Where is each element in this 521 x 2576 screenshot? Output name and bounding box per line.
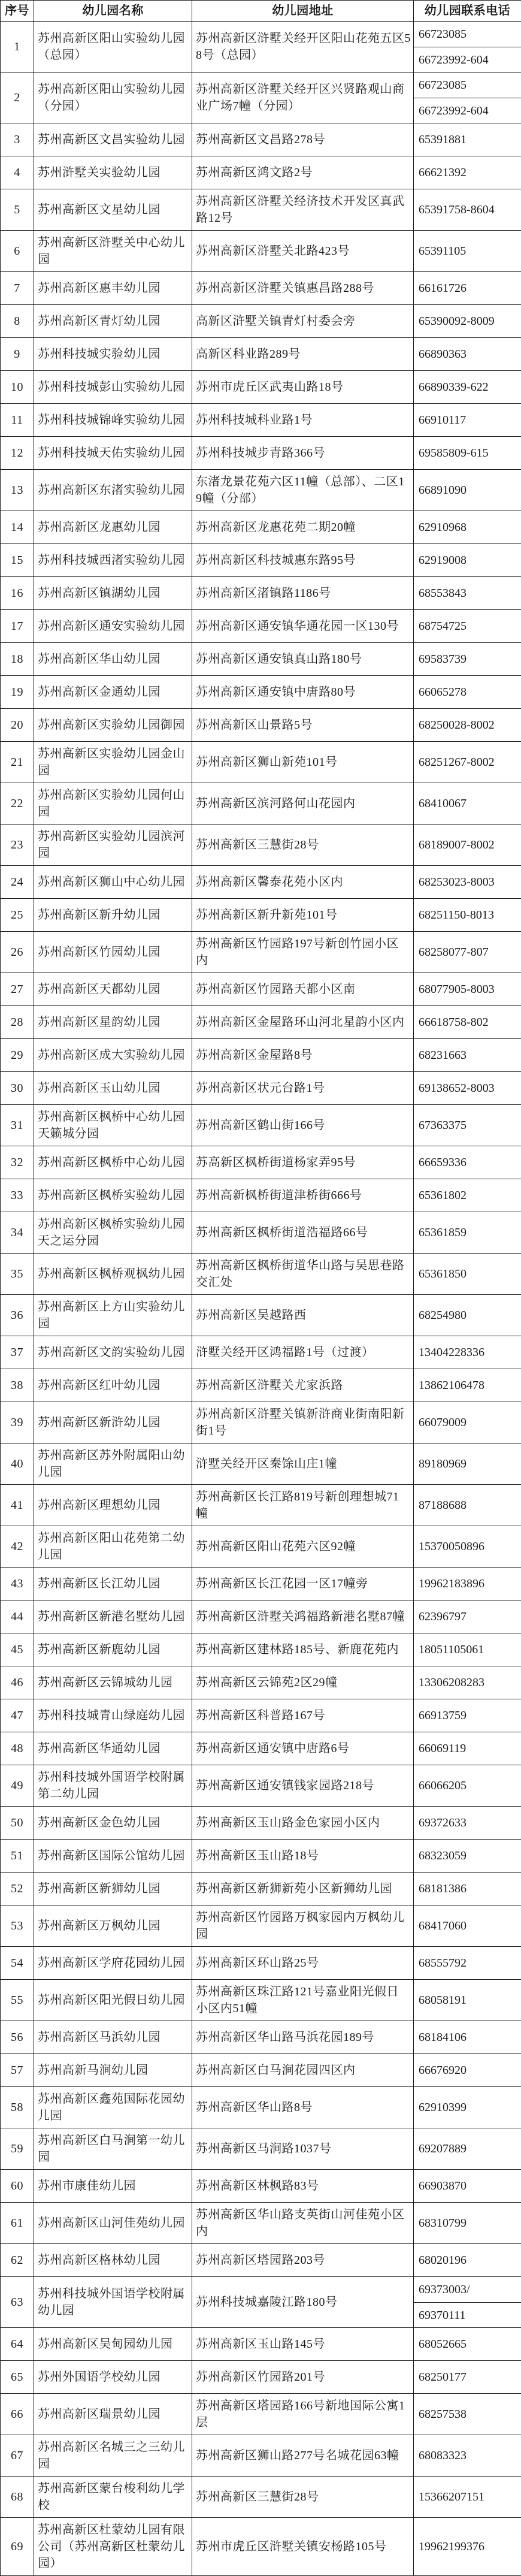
phone-number: 66890339-622 — [414, 375, 521, 400]
phone-stack: 89180969 — [414, 1451, 521, 1476]
phone-stack: 65391881 — [414, 127, 521, 152]
table-row: 53 苏州高新区万枫幼儿园 苏州高新区竹园路万枫家园内万枫幼儿园 6841706… — [1, 1905, 521, 1947]
kindergarten-phone-cell: 65391758-8604 — [414, 189, 521, 231]
kindergarten-address-cell: 苏州高新区云锦苑2区29幢 — [192, 1666, 414, 1699]
kindergarten-name-cell: 苏州高新区上方山实验幼儿园 — [34, 1295, 192, 1336]
row-index-cell: 24 — [1, 866, 34, 899]
kindergarten-phone-cell: 69585809-615 — [414, 437, 521, 470]
kindergarten-address-cell: 苏州高新区塔园路166号新地国际公寓1层 — [192, 2394, 414, 2435]
kindergarten-phone-cell: 68410067 — [414, 783, 521, 825]
kindergarten-name-cell: 苏州高新区成大实验幼儿园 — [34, 1039, 192, 1072]
phone-stack: 18051105061 — [414, 1637, 521, 1662]
table-row: 50 苏州高新区金色幼儿园 苏州高新区玉山路金色家园小区内 69372633 — [1, 1807, 521, 1840]
phone-number: 68323059 — [414, 1843, 521, 1868]
kindergarten-address-cell: 高新区科业路289号 — [192, 338, 414, 371]
phone-stack: 65361802 — [414, 1183, 521, 1208]
row-index-cell: 4 — [1, 156, 34, 189]
kindergarten-phone-cell: 6672308566723992-604 — [414, 73, 521, 123]
kindergarten-address-cell: 苏州高新区浒墅关镇新浒商业街南阳新街1号 — [192, 1402, 414, 1443]
phone-number: 68189007-8002 — [414, 832, 521, 857]
kindergarten-phone-cell: 68058191 — [414, 1980, 521, 2021]
kindergarten-phone-cell: 68052665 — [414, 2328, 521, 2361]
table-row: 63 苏州科技城外国语学校附属幼儿园 苏州科技城嘉陵江路180号 6937300… — [1, 2277, 521, 2328]
kindergarten-name-cell: 苏州高新区瑞景幼儿园 — [34, 2394, 192, 2435]
kindergarten-name-cell: 苏州高新区新狮幼儿园 — [34, 1873, 192, 1905]
row-index-cell: 46 — [1, 1666, 34, 1699]
table-row: 69 苏州高新区杜蒙幼儿园有限公司（苏州高新区杜蒙幼儿园） 苏州市虎丘区浒墅关镇… — [1, 2518, 521, 2576]
table-row: 12 苏州科技城天佑实验幼儿园 苏州科技城步青路366号 69585809-61… — [1, 437, 521, 470]
phone-stack: 68058191 — [414, 1988, 521, 2013]
row-index-cell: 2 — [1, 73, 34, 123]
row-index-cell: 3 — [1, 123, 34, 156]
phone-number: 66065278 — [414, 680, 521, 705]
kindergarten-address-cell: 浒墅关经开区秦馀山庄1幢 — [192, 1443, 414, 1485]
kindergarten-address-cell: 苏州高新区三慧街28号 — [192, 2477, 414, 2518]
kindergarten-name-cell: 苏州高新马涧幼儿园 — [34, 2054, 192, 2087]
phone-number: 68250028-8002 — [414, 712, 521, 738]
phone-stack: 13306208283 — [414, 1670, 521, 1695]
kindergarten-address-cell: 苏州高新区浒墅关经开区阳山花苑五区58号（总园） — [192, 22, 414, 73]
kindergarten-phone-cell: 68251267-8002 — [414, 742, 521, 783]
kindergarten-name-cell: 苏州高新区龙惠幼儿园 — [34, 511, 192, 544]
phone-stack: 68077905-8003 — [414, 977, 521, 1002]
table-row: 3 苏州高新区文昌实验幼儿园 苏州高新区文昌路278号 65391881 — [1, 123, 521, 156]
row-index-cell: 53 — [1, 1905, 34, 1947]
phone-stack: 68410067 — [414, 791, 521, 816]
row-index-cell: 1 — [1, 22, 34, 73]
kindergarten-address-cell: 苏州高新区山景路5号 — [192, 709, 414, 742]
phone-number: 69585809-615 — [414, 440, 521, 466]
phone-number: 68077905-8003 — [414, 977, 521, 1002]
kindergarten-address-cell: 苏州高新区浒墅关镇惠昌路288号 — [192, 272, 414, 305]
phone-number: 13306208283 — [414, 1670, 521, 1695]
kindergarten-phone-cell: 66621392 — [414, 156, 521, 189]
kindergarten-name-cell: 苏州高新区枫桥中心幼儿园天籁城分园 — [34, 1105, 192, 1146]
kindergarten-phone-cell: 69372633 — [414, 1807, 521, 1840]
kindergarten-phone-cell: 15370050896 — [414, 1526, 521, 1568]
phone-number: 68052665 — [414, 2332, 521, 2357]
table-row: 58 苏州高新区鑫苑国际花园幼儿园 苏州高新区华山路8号 62910399 — [1, 2087, 521, 2128]
row-index-cell: 5 — [1, 189, 34, 231]
table-row: 56 苏州高新区马浜幼儿园 苏州高新区华山路马浜花园189号 68184106 — [1, 2021, 521, 2054]
kindergarten-phone-cell: 65390092-8009 — [414, 305, 521, 338]
table-row: 6 苏州高新区浒墅关中心幼儿园 苏州高新区浒墅关北路423号 65391105 — [1, 231, 521, 272]
table-row: 38 苏州高新区红叶幼儿园 苏州高新区浒墅关尤家浜路 13862106478 — [1, 1369, 521, 1402]
row-index-cell: 54 — [1, 1947, 34, 1980]
kindergarten-name-cell: 苏州高新区金通幼儿园 — [34, 676, 192, 709]
kindergarten-name-cell: 苏州高新区杜蒙幼儿园有限公司（苏州高新区杜蒙幼儿园） — [34, 2518, 192, 2576]
kindergarten-name-cell: 苏州高新区浒墅关中心幼儿园 — [34, 231, 192, 272]
kindergarten-phone-cell: 66066205 — [414, 1765, 521, 1807]
phone-number: 19962199376 — [414, 2534, 521, 2559]
kindergarten-name-cell: 苏州高新区白马涧第一幼儿园 — [34, 2128, 192, 2170]
kindergarten-name-cell: 苏州高新区实验幼儿园滨河园 — [34, 825, 192, 866]
phone-stack: 68553843 — [414, 581, 521, 606]
phone-stack: 68184106 — [414, 2025, 521, 2050]
row-index-cell: 17 — [1, 610, 34, 643]
table-row: 9 苏州科技城实验幼儿园 高新区科业路289号 66890363 — [1, 338, 521, 371]
phone-stack: 66659336 — [414, 1150, 521, 1175]
table-row: 10 苏州科技城彭山实验幼儿园 苏州市虎丘区武夷山路18号 66890339-6… — [1, 371, 521, 404]
kindergarten-name-cell: 苏州高新区星韵幼儿园 — [34, 1006, 192, 1039]
phone-number: 18051105061 — [414, 1637, 521, 1662]
table-row: 26 苏州高新区竹园幼儿园 苏州高新区竹园路197号新创竹园小区内 682580… — [1, 932, 521, 973]
phone-stack: 69138652-8003 — [414, 1076, 521, 1101]
phone-stack: 19962199376 — [414, 2534, 521, 2559]
phone-stack: 6672308566723992-604 — [414, 22, 521, 72]
row-index-cell: 27 — [1, 973, 34, 1006]
table-row: 15 苏州科技城西渚实验幼儿园 苏州高新区科技城惠东路95号 62919008 — [1, 544, 521, 577]
table-row: 22 苏州高新区实验幼儿园何山园 苏州高新区滨河路何山花园内 68410067 — [1, 783, 521, 825]
row-index-cell: 56 — [1, 2021, 34, 2054]
kindergarten-name-cell: 苏州高新区枫桥实验幼儿园 — [34, 1179, 192, 1212]
kindergarten-address-cell: 苏州高新区环山路25号 — [192, 1947, 414, 1980]
kindergarten-phone-cell: 68077905-8003 — [414, 973, 521, 1006]
kindergarten-phone-cell: 68553843 — [414, 577, 521, 610]
phone-stack: 68310799 — [414, 2210, 521, 2236]
phone-stack: 68250028-8002 — [414, 712, 521, 738]
phone-stack: 66903870 — [414, 2173, 521, 2198]
kindergarten-address-cell: 苏州市虎丘区武夷山路18号 — [192, 371, 414, 404]
phone-number: 68251150-8013 — [414, 902, 521, 928]
row-index-cell: 55 — [1, 1980, 34, 2021]
phone-stack: 69373003/69370111 — [414, 2277, 521, 2327]
phone-stack: 66890339-622 — [414, 375, 521, 400]
phone-number: 66913759 — [414, 1703, 521, 1728]
kindergarten-phone-cell: 68189007-8002 — [414, 825, 521, 866]
phone-stack: 87188688 — [414, 1493, 521, 1518]
kindergarten-name-cell: 苏州高新区金色幼儿园 — [34, 1807, 192, 1840]
kindergarten-address-cell: 苏州高新区塔园路203号 — [192, 2244, 414, 2277]
kindergarten-address-cell: 苏州高新区枫桥街道浩福路66号 — [192, 1212, 414, 1254]
phone-stack: 66079009 — [414, 1410, 521, 1435]
row-index-cell: 59 — [1, 2128, 34, 2170]
kindergarten-table: 序号 幼儿园名称 幼儿园地址 幼儿园联系电话 1 苏州高新区阳山实验幼儿园（总园… — [0, 0, 521, 2576]
kindergarten-phone-cell: 68253023-8003 — [414, 866, 521, 899]
kindergarten-phone-cell: 13306208283 — [414, 1666, 521, 1699]
kindergarten-address-cell: 苏州高新区竹园路天都小区南 — [192, 973, 414, 1006]
row-index-cell: 21 — [1, 742, 34, 783]
phone-number: 68258077-807 — [414, 940, 521, 965]
table-row: 59 苏州高新区白马涧第一幼儿园 苏州高新区马涧路1037号 69207889 — [1, 2128, 521, 2170]
row-index-cell: 39 — [1, 1402, 34, 1443]
table-row: 46 苏州高新区云锦城幼儿园 苏州高新区云锦苑2区29幢 13306208283 — [1, 1666, 521, 1699]
kindergarten-address-cell: 苏州高新区竹园路197号新创竹园小区内 — [192, 932, 414, 973]
phone-number: 66676920 — [414, 2058, 521, 2083]
row-index-cell: 32 — [1, 1146, 34, 1179]
table-row: 17 苏州高新区通安实验幼儿园 苏州高新区通安镇华通花园一区130号 68754… — [1, 610, 521, 643]
table-row: 28 苏州高新区星韵幼儿园 苏州高新区金屋路环山河北星韵小区内 66618758… — [1, 1006, 521, 1039]
table-row: 57 苏州高新马涧幼儿园 苏州高新区白马涧花园四区内 66676920 — [1, 2054, 521, 2087]
kindergarten-phone-cell: 19962183896 — [414, 1568, 521, 1600]
row-index-cell: 11 — [1, 404, 34, 437]
table-row: 43 苏州高新区长江幼儿园 苏州高新区长江花园一区17幢旁 1996218389… — [1, 1568, 521, 1600]
kindergarten-address-cell: 苏州高新区鸿文路2号 — [192, 156, 414, 189]
table-row: 51 苏州高新区国际公馆幼儿园 苏州高新区玉山路18号 68323059 — [1, 1840, 521, 1873]
kindergarten-name-cell: 苏州高新区玉山幼儿园 — [34, 1072, 192, 1105]
kindergarten-phone-cell: 6672308566723992-604 — [414, 22, 521, 73]
table-row: 14 苏州高新区龙惠幼儿园 苏州高新区龙惠花苑二期20幢 62910968 — [1, 511, 521, 544]
phone-number: 68553843 — [414, 581, 521, 606]
phone-stack: 68258077-807 — [414, 940, 521, 965]
kindergarten-address-cell: 苏州高新区浒墅关北路423号 — [192, 231, 414, 272]
kindergarten-name-cell: 苏州高新区阳山实验幼儿园（分园） — [34, 73, 192, 123]
kindergarten-name-cell: 苏州高新区理想幼儿园 — [34, 1485, 192, 1526]
phone-stack: 68251267-8002 — [414, 750, 521, 775]
row-index-cell: 35 — [1, 1254, 34, 1295]
phone-number: 68020196 — [414, 2248, 521, 2273]
kindergarten-phone-cell: 68254980 — [414, 1295, 521, 1336]
kindergarten-phone-cell: 66913759 — [414, 1699, 521, 1732]
kindergarten-address-cell: 苏州科技城步青路366号 — [192, 437, 414, 470]
kindergarten-name-cell: 苏州高新区阳山实验幼儿园（总园） — [34, 22, 192, 73]
table-row: 19 苏州高新区金通幼儿园 苏州高新区通安镇中唐路80号 66065278 — [1, 676, 521, 709]
col-header-name: 幼儿园名称 — [34, 1, 192, 22]
phone-number: 66066205 — [414, 1773, 521, 1798]
phone-stack: 68052665 — [414, 2332, 521, 2357]
row-index-cell: 45 — [1, 1633, 34, 1666]
kindergarten-name-cell: 苏州高新区红叶幼儿园 — [34, 1369, 192, 1402]
kindergarten-address-cell: 苏州高新区华山路8号 — [192, 2087, 414, 2128]
kindergarten-phone-cell: 66676920 — [414, 2054, 521, 2087]
table-row: 27 苏州高新区天都幼儿园 苏州高新区竹园路天都小区南 68077905-800… — [1, 973, 521, 1006]
phone-number: 62910399 — [414, 2095, 521, 2120]
kindergarten-name-cell: 苏州高新区蒙台梭利幼儿学校 — [34, 2477, 192, 2518]
kindergarten-address-cell: 苏州高新区新升新苑101号 — [192, 899, 414, 932]
kindergarten-name-cell: 苏州高新区惠丰幼儿园 — [34, 272, 192, 305]
col-header-address: 幼儿园地址 — [192, 1, 414, 22]
kindergarten-name-cell: 苏州高新区阳光假日幼儿园 — [34, 1980, 192, 2021]
table-row: 40 苏州高新区苏外附属阳山幼儿园 浒墅关经开区秦馀山庄1幢 89180969 — [1, 1443, 521, 1485]
phone-stack: 68257538 — [414, 2402, 521, 2427]
table-row: 55 苏州高新区阳光假日幼儿园 苏州高新区珠江路121号嘉业阳光假日小区内51幢… — [1, 1980, 521, 2021]
kindergarten-name-cell: 苏州高新区狮山中心幼儿园 — [34, 866, 192, 899]
table-row: 30 苏州高新区玉山幼儿园 苏州高新区状元台路1号 69138652-8003 — [1, 1072, 521, 1105]
row-index-cell: 66 — [1, 2394, 34, 2435]
row-index-cell: 65 — [1, 2361, 34, 2394]
table-row: 23 苏州高新区实验幼儿园滨河园 苏州高新区三慧街28号 68189007-80… — [1, 825, 521, 866]
kindergarten-address-cell: 苏州科技城嘉陵江路180号 — [192, 2277, 414, 2328]
kindergarten-name-cell: 苏州高新区苏外附属阳山幼儿园 — [34, 1443, 192, 1485]
kindergarten-address-cell: 苏州高新区玉山路金色家园小区内 — [192, 1807, 414, 1840]
kindergarten-phone-cell: 19962199376 — [414, 2518, 521, 2576]
kindergarten-address-cell: 苏州高新区吴越路西 — [192, 1295, 414, 1336]
kindergarten-name-cell: 苏州高新区云锦城幼儿园 — [34, 1666, 192, 1699]
row-index-cell: 25 — [1, 899, 34, 932]
row-index-cell: 29 — [1, 1039, 34, 1072]
kindergarten-address-cell: 苏州高新区马涧路1037号 — [192, 2128, 414, 2170]
table-row: 41 苏州高新区理想幼儿园 苏州高新区长江路819号新创理想城71幢 87188… — [1, 1485, 521, 1526]
phone-number: 66079009 — [414, 1410, 521, 1435]
phone-number: 66903870 — [414, 2173, 521, 2198]
kindergarten-name-cell: 苏州高新区实验幼儿园金山园 — [34, 742, 192, 783]
kindergarten-name-cell: 苏州高新区实验幼儿园御园 — [34, 709, 192, 742]
kindergarten-phone-cell: 62919008 — [414, 544, 521, 577]
table-row: 31 苏州高新区枫桥中心幼儿园天籁城分园 苏州高新区鹤山街166号 673633… — [1, 1105, 521, 1146]
kindergarten-address-cell: 苏州高新区金屋路环山河北星韵小区内 — [192, 1006, 414, 1039]
kindergarten-name-cell: 苏州高新区文昌实验幼儿园 — [34, 123, 192, 156]
kindergarten-phone-cell: 66890363 — [414, 338, 521, 371]
table-row: 61 苏州高新区山河佳苑幼儿园 苏州高新区华山路支英街山河佳苑小区内 68310… — [1, 2203, 521, 2244]
kindergarten-name-cell: 苏州浒墅关实验幼儿园 — [34, 156, 192, 189]
kindergarten-name-cell: 苏州高新区实验幼儿园何山园 — [34, 783, 192, 825]
row-index-cell: 6 — [1, 231, 34, 272]
kindergarten-name-cell: 苏州外国语学校幼儿园 — [34, 2361, 192, 2394]
phone-number: 15370050896 — [414, 1534, 521, 1559]
kindergarten-phone-cell: 69373003/69370111 — [414, 2277, 521, 2328]
kindergarten-name-cell: 苏州科技城天佑实验幼儿园 — [34, 437, 192, 470]
phone-number: 62396797 — [414, 1604, 521, 1629]
row-index-cell: 23 — [1, 825, 34, 866]
phone-stack: 66910117 — [414, 407, 521, 433]
table-row: 34 苏州高新区枫桥实验幼儿园天之运分园 苏州高新区枫桥街道浩福路66号 653… — [1, 1212, 521, 1254]
table-row: 8 苏州高新区青灯幼儿园 高新区浒墅关镇青灯村委会旁 65390092-8009 — [1, 305, 521, 338]
phone-number: 66723992-604 — [414, 98, 521, 123]
table-row: 47 苏州科技城青山绿庭幼儿园 苏州高新区科普路167号 66913759 — [1, 1699, 521, 1732]
phone-number: 68231663 — [414, 1043, 521, 1068]
kindergarten-phone-cell: 68310799 — [414, 2203, 521, 2244]
kindergarten-name-cell: 苏州科技城外国语学校附属幼儿园 — [34, 2277, 192, 2328]
kindergarten-name-cell: 苏州高新区山河佳苑幼儿园 — [34, 2203, 192, 2244]
kindergarten-name-cell: 苏州高新区万枫幼儿园 — [34, 1905, 192, 1947]
table-row: 7 苏州高新区惠丰幼儿园 苏州高新区浒墅关镇惠昌路288号 66161726 — [1, 272, 521, 305]
phone-number: 66890363 — [414, 342, 521, 367]
kindergarten-address-cell: 苏州高新区枫桥街道华山路与吴思巷路交汇处 — [192, 1254, 414, 1295]
kindergarten-name-cell: 苏州科技城锦峰实验幼儿园 — [34, 404, 192, 437]
row-index-cell: 8 — [1, 305, 34, 338]
row-index-cell: 15 — [1, 544, 34, 577]
phone-number: 68083323 — [414, 2443, 521, 2468]
row-index-cell: 42 — [1, 1526, 34, 1568]
table-row: 68 苏州高新区蒙台梭利幼儿学校 苏州高新区三慧街28号 15366207151 — [1, 2477, 521, 2518]
kindergarten-address-cell: 苏州高新区通安镇真山路180号 — [192, 643, 414, 676]
kindergarten-address-cell: 苏州高新区龙惠花苑二期20幢 — [192, 511, 414, 544]
phone-stack: 62396797 — [414, 1604, 521, 1629]
table-row: 4 苏州浒墅关实验幼儿园 苏州高新区鸿文路2号 66621392 — [1, 156, 521, 189]
kindergarten-name-cell: 苏州高新区文韵实验幼儿园 — [34, 1336, 192, 1369]
table-row: 1 苏州高新区阳山实验幼儿园（总园） 苏州高新区浒墅关经开区阳山花苑五区58号（… — [1, 22, 521, 73]
table-row: 21 苏州高新区实验幼儿园金山园 苏州高新区狮山新苑101号 68251267-… — [1, 742, 521, 783]
row-index-cell: 41 — [1, 1485, 34, 1526]
row-index-cell: 49 — [1, 1765, 34, 1807]
phone-stack: 6672308566723992-604 — [414, 73, 521, 123]
kindergarten-name-cell: 苏州科技城外国语学校附属第二幼儿园 — [34, 1765, 192, 1807]
row-index-cell: 22 — [1, 783, 34, 825]
kindergarten-name-cell: 苏州高新区东渚实验幼儿园 — [34, 470, 192, 511]
kindergarten-phone-cell: 68250177 — [414, 2361, 521, 2394]
phone-number: 13404228336 — [414, 1340, 521, 1365]
col-header-index: 序号 — [1, 1, 34, 22]
row-index-cell: 16 — [1, 577, 34, 610]
phone-stack: 68417060 — [414, 1913, 521, 1938]
phone-number: 66621392 — [414, 160, 521, 185]
kindergarten-name-cell: 苏州高新区鑫苑国际花园幼儿园 — [34, 2087, 192, 2128]
phone-number: 69207889 — [414, 2136, 521, 2161]
phone-stack: 69207889 — [414, 2136, 521, 2161]
kindergarten-address-cell: 苏州高新区通安镇中唐路6号 — [192, 1732, 414, 1765]
kindergarten-phone-cell: 68323059 — [414, 1840, 521, 1873]
row-index-cell: 62 — [1, 2244, 34, 2277]
kindergarten-address-cell: 苏州高新区浒墅关鸿福路新港名墅87幢 — [192, 1600, 414, 1633]
kindergarten-address-cell: 苏州高新区林枫路83号 — [192, 2170, 414, 2203]
phone-stack: 66890363 — [414, 342, 521, 367]
phone-number: 68181386 — [414, 1876, 521, 1901]
kindergarten-phone-cell: 66079009 — [414, 1402, 521, 1443]
kindergarten-phone-cell: 68417060 — [414, 1905, 521, 1947]
kindergarten-name-cell: 苏州高新区通安实验幼儿园 — [34, 610, 192, 643]
kindergarten-address-cell: 苏州高新区通安镇中唐路80号 — [192, 676, 414, 709]
row-index-cell: 64 — [1, 2328, 34, 2361]
kindergarten-name-cell: 苏州高新区文星幼儿园 — [34, 189, 192, 231]
phone-stack: 62910399 — [414, 2095, 521, 2120]
phone-number: 69372633 — [414, 1810, 521, 1835]
phone-stack: 65391105 — [414, 238, 521, 264]
kindergarten-address-cell: 苏州高新区科普路167号 — [192, 1699, 414, 1732]
row-index-cell: 20 — [1, 709, 34, 742]
kindergarten-phone-cell: 66910117 — [414, 404, 521, 437]
kindergarten-address-cell: 苏州高新区文昌路278号 — [192, 123, 414, 156]
kindergarten-phone-cell: 66659336 — [414, 1146, 521, 1179]
table-row: 48 苏州高新区华通幼儿园 苏州高新区通安镇中唐路6号 66069119 — [1, 1732, 521, 1765]
row-index-cell: 43 — [1, 1568, 34, 1600]
phone-stack: 67363375 — [414, 1113, 521, 1138]
phone-stack: 66069119 — [414, 1736, 521, 1761]
row-index-cell: 58 — [1, 2087, 34, 2128]
row-index-cell: 57 — [1, 2054, 34, 2087]
kindergarten-phone-cell: 66891090 — [414, 470, 521, 511]
table-row: 65 苏州外国语学校幼儿园 苏州高新区竹园路201号 68250177 — [1, 2361, 521, 2394]
table-row: 18 苏州高新区华山幼儿园 苏州高新区通安镇真山路180号 69583739 — [1, 643, 521, 676]
phone-stack: 13404228336 — [414, 1340, 521, 1365]
header-row: 序号 幼儿园名称 幼儿园地址 幼儿园联系电话 — [1, 1, 521, 22]
kindergarten-name-cell: 苏州高新区吴甸园幼儿园 — [34, 2328, 192, 2361]
table-row: 45 苏州高新区新鹿幼儿园 苏州高新区建林路185号、新鹿花苑内 1805110… — [1, 1633, 521, 1666]
kindergarten-name-cell: 苏州科技城彭山实验幼儿园 — [34, 371, 192, 404]
phone-stack: 68251150-8013 — [414, 902, 521, 928]
table-row: 64 苏州高新区吴甸园幼儿园 苏州高新区玉山路145号 68052665 — [1, 2328, 521, 2361]
phone-stack: 65391758-8604 — [414, 197, 521, 222]
kindergarten-address-cell: 苏州高新区馨泰花苑小区内 — [192, 866, 414, 899]
kindergarten-address-cell: 苏州高新区竹园路201号 — [192, 2361, 414, 2394]
kindergarten-phone-cell: 68020196 — [414, 2244, 521, 2277]
kindergarten-name-cell: 苏州科技城青山绿庭幼儿园 — [34, 1699, 192, 1732]
phone-number: 15366207151 — [414, 2484, 521, 2509]
row-index-cell: 37 — [1, 1336, 34, 1369]
kindergarten-address-cell: 苏州高新枫桥街道津桥街666号 — [192, 1179, 414, 1212]
kindergarten-name-cell: 苏州高新区青灯幼儿园 — [34, 305, 192, 338]
row-index-cell: 14 — [1, 511, 34, 544]
kindergarten-name-cell: 苏州科技城实验幼儿园 — [34, 338, 192, 371]
table-body: 1 苏州高新区阳山实验幼儿园（总园） 苏州高新区浒墅关经开区阳山花苑五区58号（… — [1, 22, 521, 2576]
kindergarten-phone-cell: 68184106 — [414, 2021, 521, 2054]
phone-number: 66891090 — [414, 478, 521, 503]
kindergarten-name-cell: 苏州高新区名城三之三幼儿园 — [34, 2435, 192, 2477]
row-index-cell: 68 — [1, 2477, 34, 2518]
kindergarten-name-cell: 苏州高新区新浒幼儿园 — [34, 1402, 192, 1443]
phone-number: 65391105 — [414, 238, 521, 264]
kindergarten-phone-cell: 62396797 — [414, 1600, 521, 1633]
kindergarten-name-cell: 苏州高新区新升幼儿园 — [34, 899, 192, 932]
table-row: 54 苏州高新区学府花园幼儿园 苏州高新区环山路25号 68555792 — [1, 1947, 521, 1980]
phone-number: 68254980 — [414, 1303, 521, 1328]
phone-number: 68058191 — [414, 1988, 521, 2013]
kindergarten-address-cell: 苏州高新区华山路支英街山河佳苑小区内 — [192, 2203, 414, 2244]
phone-stack: 68323059 — [414, 1843, 521, 1868]
phone-stack: 66621392 — [414, 160, 521, 185]
kindergarten-address-cell: 苏州高新区建林路185号、新鹿花苑内 — [192, 1633, 414, 1666]
phone-stack: 66891090 — [414, 478, 521, 503]
row-index-cell: 50 — [1, 1807, 34, 1840]
